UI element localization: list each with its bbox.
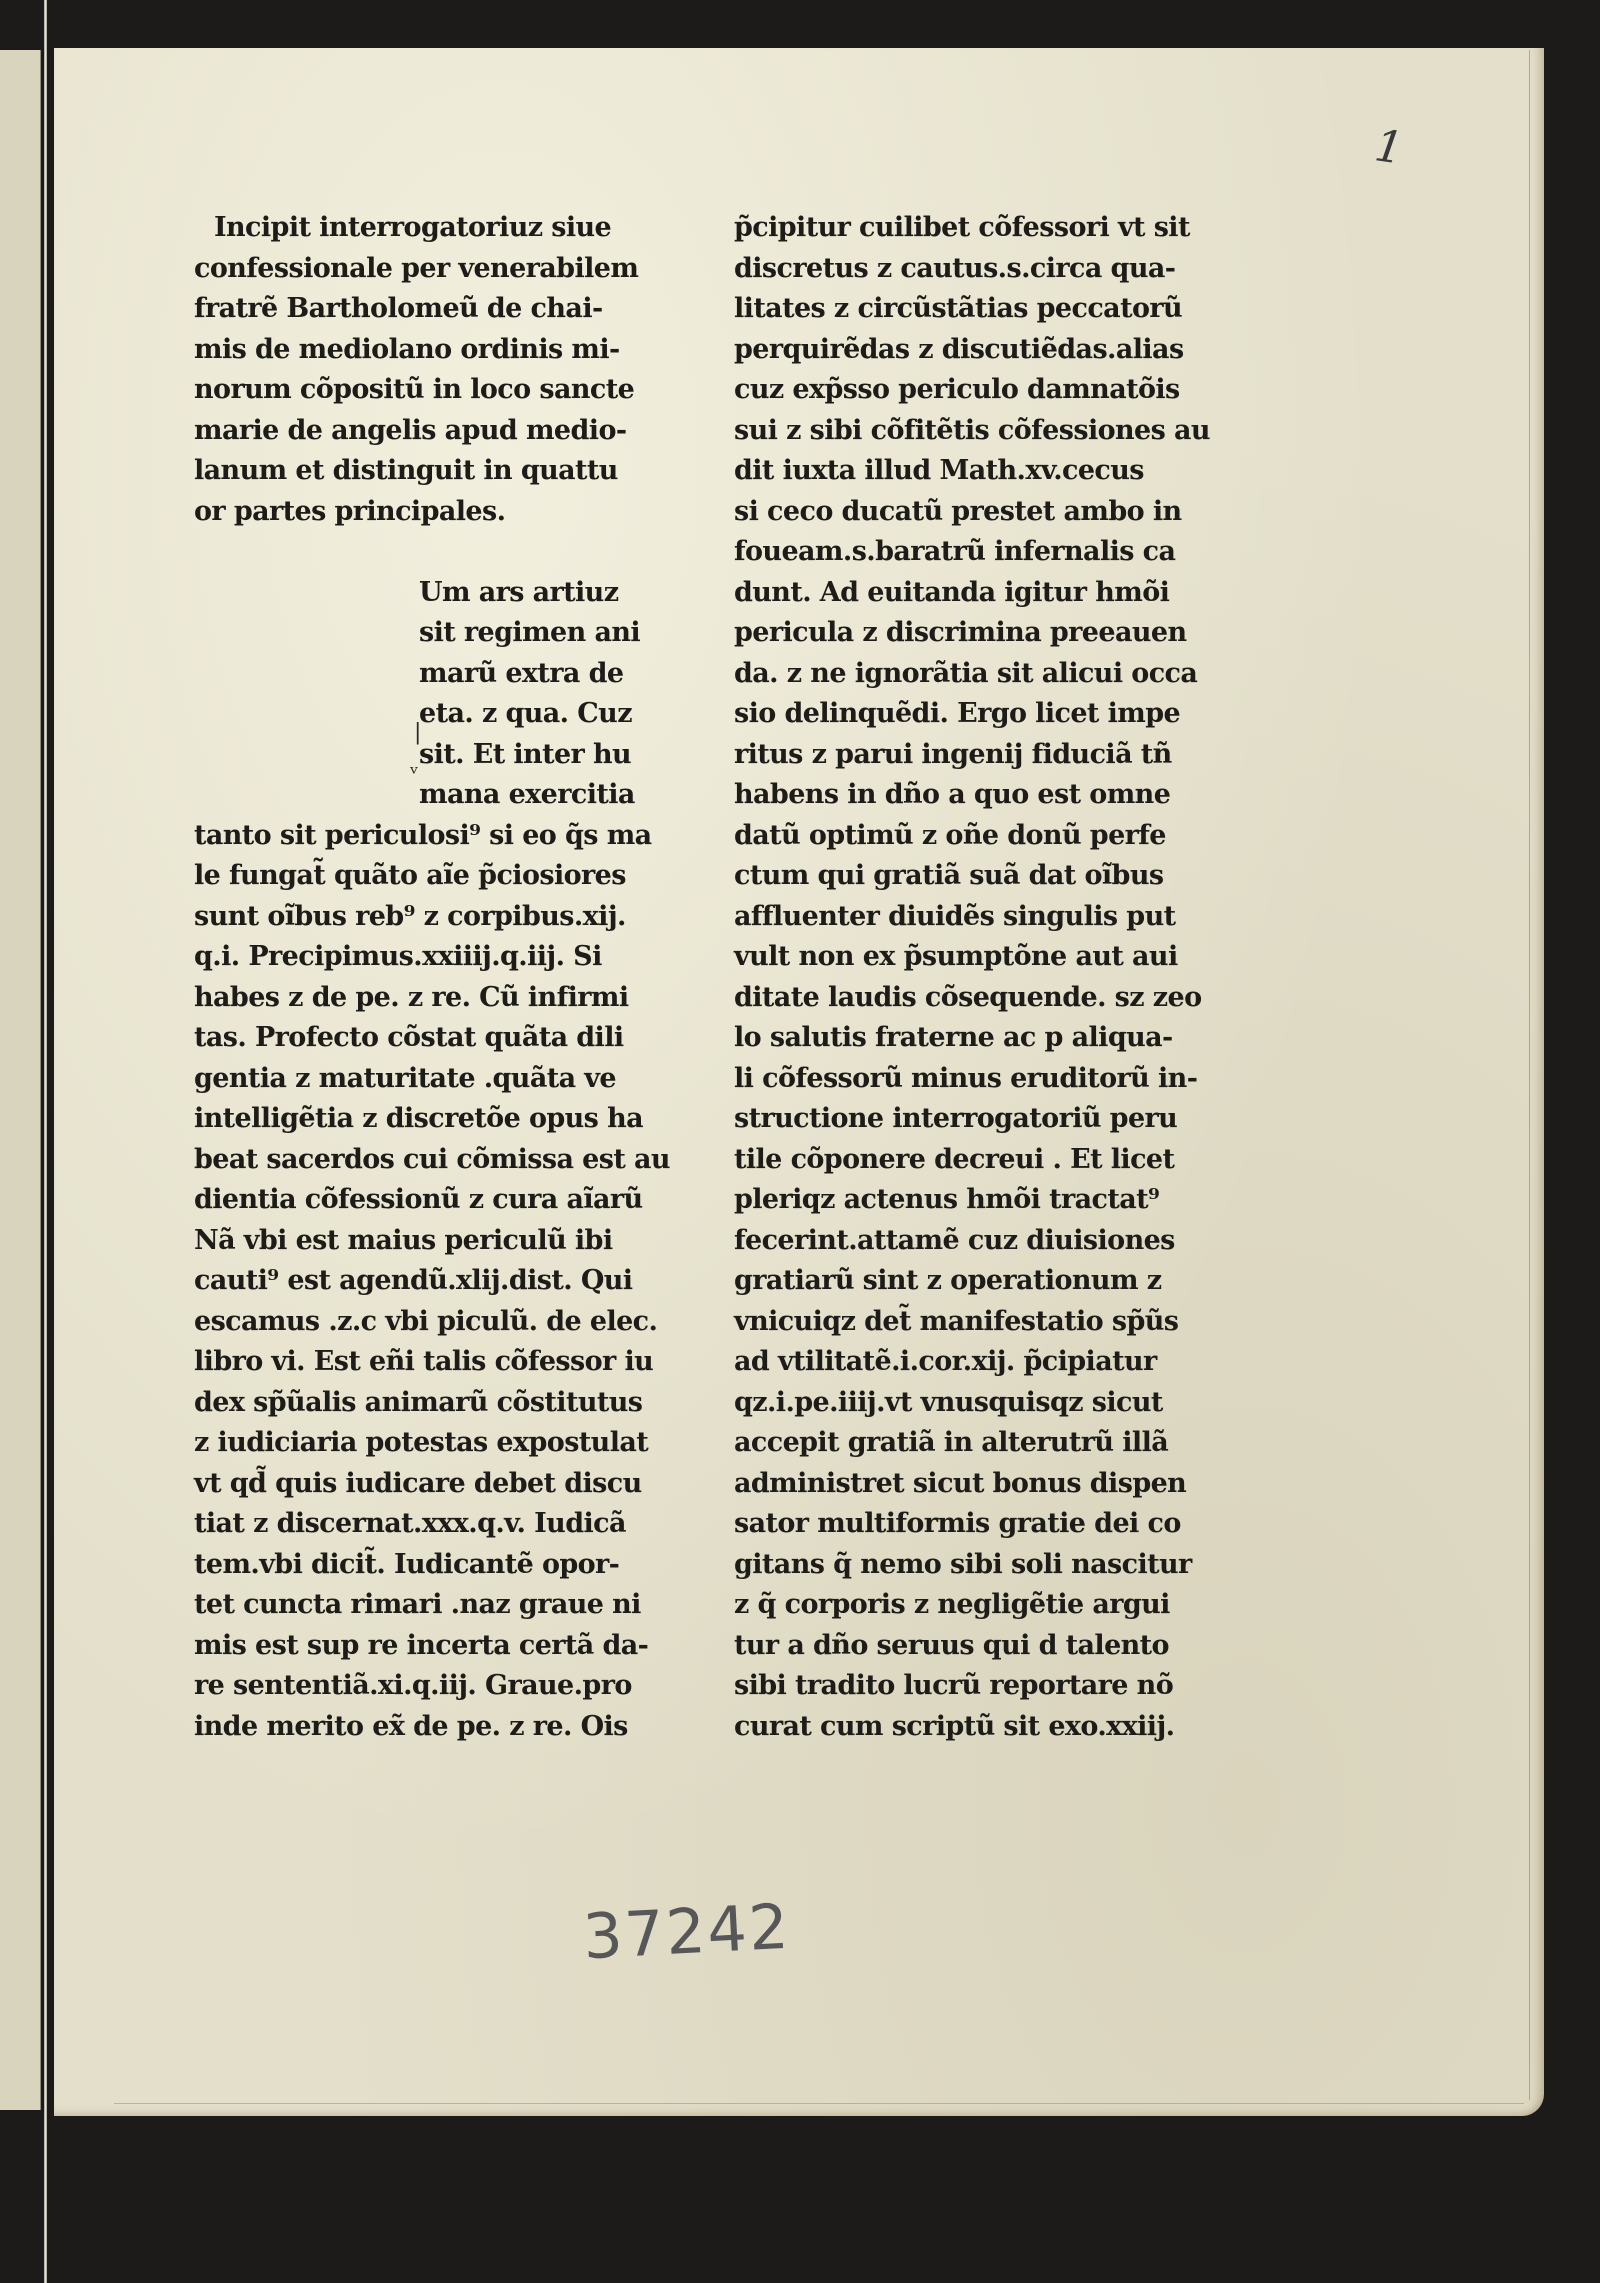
text-line: tas. Profecto cõstat quãta dili bbox=[194, 1018, 674, 1059]
text-line: or partes principales. bbox=[194, 492, 674, 533]
page-edge-bottom bbox=[114, 2103, 1524, 2104]
text-line: gentia z maturitate .quãta ve bbox=[194, 1059, 674, 1100]
text-line: confessionale per venerabilem bbox=[194, 249, 674, 290]
text-column-left: Incipit interrogatoriuz siue confessiona… bbox=[194, 208, 674, 1747]
text-line: dit iuxta illud Math.xv.cecus bbox=[734, 451, 1214, 492]
text-line: re sententiã.xi.q.iij. Graue.pro bbox=[194, 1666, 674, 1707]
text-line: curat cum scriptũ sit exo.xxiij. bbox=[734, 1707, 1214, 1748]
gutter-divider bbox=[44, 0, 47, 2283]
text-column-right: p̃cipitur cuilibet cõfessori vt sit disc… bbox=[734, 208, 1214, 1747]
blank-line bbox=[194, 532, 674, 573]
text-line: sit regimen ani bbox=[194, 613, 674, 654]
text-line: perquirẽdas z discutiẽdas.alias bbox=[734, 330, 1214, 371]
text-line: fratrẽ Bartholomeũ de chai- bbox=[194, 289, 674, 330]
text-line: Um ars artiuz bbox=[194, 573, 674, 614]
text-line: fecerint.attamẽ cuz diuisiones bbox=[734, 1221, 1214, 1262]
text-line: sit. Et inter hu bbox=[194, 735, 674, 776]
text-line: p̃cipitur cuilibet cõfessori vt sit bbox=[734, 208, 1214, 249]
text-line: affluenter diuidẽs singulis put bbox=[734, 897, 1214, 938]
text-line: libro vi. Est eñi talis cõfessor iu bbox=[194, 1342, 674, 1383]
text-line: tile cõponere decreui . Et licet bbox=[734, 1140, 1214, 1181]
text-line: escamus .z.c vbi piculũ. de elec. bbox=[194, 1302, 674, 1343]
text-line: sunt oĩbus reb⁹ z corpibus.xij. bbox=[194, 897, 674, 938]
text-line: dunt. Ad euitanda igitur hmõi bbox=[734, 573, 1214, 614]
guide-letter-mark: ᵛ bbox=[410, 762, 418, 787]
text-line: ad vtilitatẽ.i.cor.xij. p̃cipiatur bbox=[734, 1342, 1214, 1383]
text-line: mana exercitia bbox=[194, 775, 674, 816]
text-line: si ceco ducatũ prestet ambo in bbox=[734, 492, 1214, 533]
text-line: tet cuncta rimari .naz graue ni bbox=[194, 1585, 674, 1626]
text-line: inde merito ex̃ de pe. z re. Ois bbox=[194, 1707, 674, 1748]
text-line: cuz exp̃sso periculo damnatõis bbox=[734, 370, 1214, 411]
text-line: le fungat̃ quãto aĩe p̃ciosiores bbox=[194, 856, 674, 897]
text-line: qz.i.pe.iiij.vt vnusquisqz sicut bbox=[734, 1383, 1214, 1424]
text-line: z q̃ corporis z negligẽtie argui bbox=[734, 1585, 1214, 1626]
incipit-paragraph: Incipit interrogatoriuz siue confessiona… bbox=[194, 208, 674, 532]
body-paragraph: tanto sit periculosi⁹ si eo q̃s ma le fu… bbox=[194, 816, 674, 1748]
guide-letter-mark: | bbox=[414, 720, 421, 745]
text-line: lo salutis fraterne ac p aliqua- bbox=[734, 1018, 1214, 1059]
adjacent-page-edge bbox=[0, 50, 41, 2110]
text-line: sator multiformis gratie dei co bbox=[734, 1504, 1214, 1545]
text-line: foueam.s.baratrũ infernalis ca bbox=[734, 532, 1214, 573]
text-line: beat sacerdos cui cõmissa est au bbox=[194, 1140, 674, 1181]
text-line: sibi tradito lucrũ reportare nõ bbox=[734, 1666, 1214, 1707]
text-line: ctum qui gratiã suã dat oĩbus bbox=[734, 856, 1214, 897]
text-line: datũ optimũ z oñe donũ perfe bbox=[734, 816, 1214, 857]
text-line: z iudiciaria potestas expostulat bbox=[194, 1423, 674, 1464]
text-line: li cõfessorũ minus eruditorũ in- bbox=[734, 1059, 1214, 1100]
text-line: Incipit interrogatoriuz siue bbox=[194, 208, 674, 249]
text-line: habes z de pe. z re. Cũ infirmi bbox=[194, 978, 674, 1019]
text-line: da. z ne ignorãtia sit alicui occa bbox=[734, 654, 1214, 695]
text-line: vt qd̃ quis iudicare debet discu bbox=[194, 1464, 674, 1505]
text-line: litates z circũstãtias peccatorũ bbox=[734, 289, 1214, 330]
text-line: marie de angelis apud medio- bbox=[194, 411, 674, 452]
text-line: ritus z parui ingenij fiduciã tñ bbox=[734, 735, 1214, 776]
text-line: sui z sibi cõfitẽtis cõfessiones au bbox=[734, 411, 1214, 452]
text-line: q.i. Precipimus.xxiiij.q.iij. Si bbox=[194, 937, 674, 978]
text-line: discretus z cautus.s.circa qua- bbox=[734, 249, 1214, 290]
text-line: sio delinquẽdi. Ergo licet impe bbox=[734, 694, 1214, 735]
text-line: gitans q̃ nemo sibi soli nascitur bbox=[734, 1545, 1214, 1586]
text-line: tem.vbi dicit̃. Iudicantẽ opor- bbox=[194, 1545, 674, 1586]
text-line: mis de mediolano ordinis mi- bbox=[194, 330, 674, 371]
text-line: pericula z discrimina preeauen bbox=[734, 613, 1214, 654]
page-edge-right bbox=[1529, 50, 1530, 2100]
pencil-shelfmark: 37242 bbox=[581, 1890, 792, 1974]
text-line: lanum et distinguit in quattu bbox=[194, 451, 674, 492]
text-line: eta. z qua. Cuz bbox=[194, 694, 674, 735]
text-line: vult non ex p̃sumptõne aut aui bbox=[734, 937, 1214, 978]
text-line: cauti⁹ est agendũ.xlij.dist. Qui bbox=[194, 1261, 674, 1302]
text-line: structione interrogatoriũ peru bbox=[734, 1099, 1214, 1140]
text-line: Nã vbi est maius periculũ ibi bbox=[194, 1221, 674, 1262]
text-line: ditate laudis cõsequende. sz zeo bbox=[734, 978, 1214, 1019]
text-line: marũ extra de bbox=[194, 654, 674, 695]
text-line: habens in dño a quo est omne bbox=[734, 775, 1214, 816]
text-line: vnicuiqz det̃ manifestatio sp̃ũs bbox=[734, 1302, 1214, 1343]
text-line: mis est sup re incerta certã da- bbox=[194, 1626, 674, 1667]
initial-indent-block: Um ars artiuz sit regimen ani marũ extra… bbox=[194, 573, 674, 816]
text-line: accepit gratiã in alterutrũ illã bbox=[734, 1423, 1214, 1464]
text-line: tanto sit periculosi⁹ si eo q̃s ma bbox=[194, 816, 674, 857]
text-line: tiat z discernat.xxx.q.v. Iudicã bbox=[194, 1504, 674, 1545]
text-line: dex sp̃ũalis animarũ cõstitutus bbox=[194, 1383, 674, 1424]
text-line: tur a dño seruus qui d talento bbox=[734, 1626, 1214, 1667]
text-line: pleriqz actenus hmõi tractat⁹ bbox=[734, 1180, 1214, 1221]
text-line: dientia cõfessionũ z cura aĩarũ bbox=[194, 1180, 674, 1221]
text-line: gratiarũ sint z operationum z bbox=[734, 1261, 1214, 1302]
text-line: administret sicut bonus dispen bbox=[734, 1464, 1214, 1505]
text-line: intelligẽtia z discretõe opus ha bbox=[194, 1099, 674, 1140]
text-line: norum cõpositũ in loco sancte bbox=[194, 370, 674, 411]
